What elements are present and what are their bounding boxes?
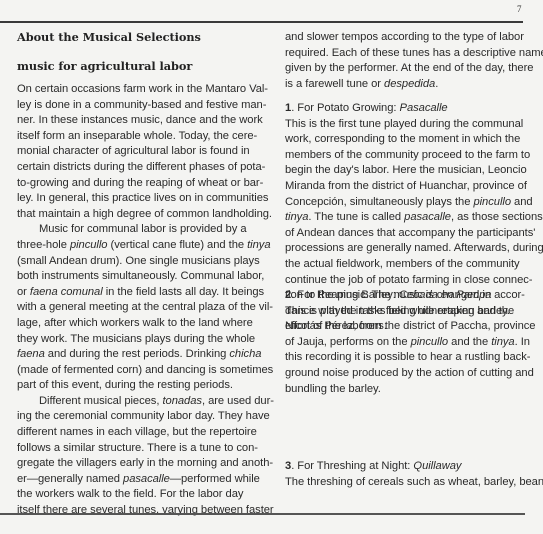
text-line: Nicolás Pérez, from the district of Pacc… <box>285 319 530 335</box>
text-line: members of the community proceed to the … <box>285 148 530 164</box>
text-line: continue the job of potato farming in cl… <box>285 273 530 289</box>
text-line: This is played in the field while reapin… <box>285 304 530 320</box>
track-3-section: 3. For Threshing at Night: Quillaway The… <box>285 459 530 490</box>
text-line: of Jauja, performs on the pincullo and t… <box>285 335 530 351</box>
text-line: On certain occasions farm work in the Ma… <box>17 82 269 98</box>
page-number: 7 <box>517 4 522 14</box>
text-line: to-growing and during the reaping of whe… <box>17 176 269 192</box>
track-3-body: The threshing of cereals such as wheat, … <box>285 475 530 491</box>
text-line: given by the performer. At the end of th… <box>285 61 530 77</box>
text-line: both instruments simultaneously. Communa… <box>17 269 269 285</box>
track-3-title: 3. For Threshing at Night: Quillaway <box>285 459 530 475</box>
text-line: that maintain a high degree of common la… <box>17 207 269 223</box>
top-rule <box>0 21 523 23</box>
text-line: bundling the barley. <box>285 382 530 398</box>
text-line: part of this event, during the resting p… <box>17 378 269 394</box>
text-line: of Andean dances that accompany the part… <box>285 226 530 242</box>
text-line: work, corresponding to the moment in whi… <box>285 132 530 148</box>
text-line: different names in each village, but the… <box>17 425 269 441</box>
text-line: lage, after which workers walk to the la… <box>17 316 269 332</box>
right-intro-text: and slower tempos according to the type … <box>285 30 530 92</box>
text-line: the actual fieldwork, members of the com… <box>285 257 530 273</box>
text-line: or faena comunal in the field lasts all … <box>17 285 269 301</box>
text-line: ner. In these instances music, dance and… <box>17 113 269 129</box>
left-body-text: On certain occasions farm work in the Ma… <box>17 82 269 519</box>
text-line: Concepción, simultaneously plays the pin… <box>285 195 530 211</box>
text-line: Different musical pieces, tonadas, are u… <box>17 394 269 410</box>
text-line: with a general meeting at the central pl… <box>17 300 269 316</box>
track-2-title: 2. For Reaping Barley: Cebada en Pampa <box>285 288 530 304</box>
text-line: gregate the villagers early in the morni… <box>17 456 269 472</box>
text-line: ground noise produced by the action of c… <box>285 366 530 382</box>
track-1-title: 1. For Potato Growing: Pasacalle <box>285 101 530 117</box>
subheading: music for agricultural labor <box>17 59 192 75</box>
text-line: er—generally named pasacalle—performed w… <box>17 472 269 488</box>
track-2-section: 2. For Reaping Barley: Cebada en Pampa T… <box>285 288 530 397</box>
text-line: this recording it is possible to hear a … <box>285 350 530 366</box>
track-1-tune: Pasacalle <box>400 102 448 114</box>
text-line: ing the ceremonial community labor day. … <box>17 409 269 425</box>
text-line: follows a similar structure. There is a … <box>17 441 269 457</box>
text-line: (small Andean drum). One single musician… <box>17 254 269 270</box>
text-line: three-hole pincullo (vertical cane flute… <box>17 238 269 254</box>
text-line: This is the first tune played during the… <box>285 117 530 133</box>
text-line: certain districts during the different p… <box>17 160 269 176</box>
track-2-tune: Cebada en Pampa <box>399 289 492 301</box>
track-2-title-text: . For Reaping Barley: <box>291 289 399 301</box>
track-2-body: This is played in the field while reapin… <box>285 304 530 398</box>
bottom-rule <box>0 513 525 515</box>
track-3-title-text: . For Threshing at Night: <box>291 460 413 472</box>
text-line: and slower tempos according to the type … <box>285 30 530 46</box>
text-line: The threshing of cereals such as wheat, … <box>285 475 530 491</box>
text-line: tinya. The tune is called pasacalle, as … <box>285 210 530 226</box>
text-line: they work. The musicians plays during th… <box>17 332 269 348</box>
track-1-title-text: . For Potato Growing: <box>291 102 399 114</box>
text-line: ley. In general, this practice lives on … <box>17 191 269 207</box>
text-line: faena and during the rest periods. Drink… <box>17 347 269 363</box>
text-line: ley is done in a community-based and fes… <box>17 98 269 114</box>
text-line: itself form an inseparable whole. Today,… <box>17 129 269 145</box>
text-line: is a farewell tune or despedida. <box>285 77 530 93</box>
text-line: monial character of agricultural labor i… <box>17 144 269 160</box>
text-line: itself there are several tunes, varying … <box>17 503 269 519</box>
text-line: required. Each of these tunes has a desc… <box>285 46 530 62</box>
text-line: Music for communal labor is provided by … <box>17 222 269 238</box>
text-line: processions are generally named. Afterwa… <box>285 241 530 257</box>
text-line: Miranda from the district of Huanchar, p… <box>285 179 530 195</box>
text-line: begin the day's labor. Here the musician… <box>285 163 530 179</box>
text-line: (made of fermented corn) and dancing is … <box>17 363 269 379</box>
track-3-tune: Quillaway <box>413 460 461 472</box>
text-line: the workers walk to the field. For the l… <box>17 487 269 503</box>
section-heading: About the Musical Selections <box>17 30 201 46</box>
